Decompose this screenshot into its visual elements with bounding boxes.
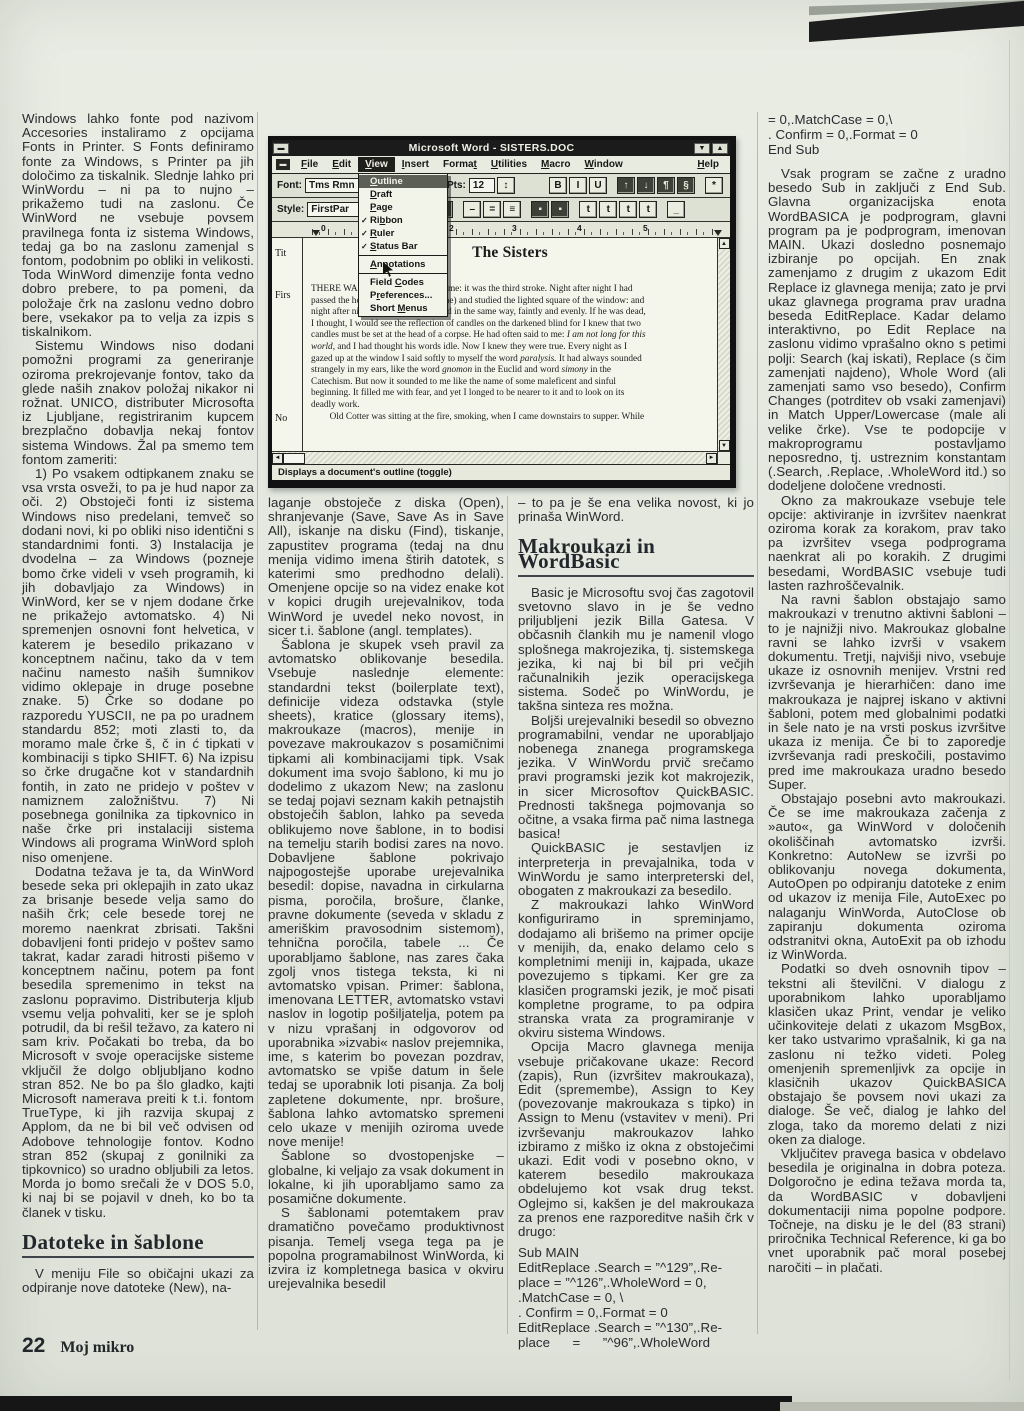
page-number: 22: [22, 1334, 45, 1358]
minimize-icon[interactable]: ▼: [694, 143, 710, 154]
magazine-page: Windows lahko fonte pod nazivom Accesori…: [0, 0, 1024, 1411]
points-combo[interactable]: 12: [469, 178, 495, 193]
document-text-italic-run: simony: [561, 365, 587, 375]
article-paragraph: S šablonami potemtakem prav dramatično p…: [268, 1206, 504, 1291]
ruler[interactable]: 012345: [272, 222, 730, 238]
single-space-button-icon[interactable]: –: [463, 201, 481, 218]
leader-button-group: _: [667, 201, 687, 218]
article-paragraph: V meniju File so običajni ukazi za odpir…: [22, 1267, 254, 1295]
indent-marker-left[interactable]: [312, 230, 320, 236]
ruler-number-5: 5: [643, 223, 648, 233]
view-menu-item-outline[interactable]: Outline: [359, 175, 447, 188]
wordbasic-code-listing: Sub MAIN EditReplace .Search = ”^129”,.R…: [518, 1245, 754, 1350]
style-name-label: No: [275, 413, 287, 424]
ribbon-row-style: Style: FirstPar ¶¶¶¶ –=≡ ▪▪ tttt _: [272, 198, 730, 222]
page-bottom-edge-light: [780, 1402, 1024, 1411]
menu-view[interactable]: View: [358, 157, 395, 172]
menu-window[interactable]: Window: [578, 157, 630, 172]
column-2-body: laganje obstoječe z diska (Open), shranj…: [268, 496, 504, 1291]
view-menu-item-status-bar[interactable]: ✓Status Bar: [359, 240, 447, 253]
superscript-button-icon[interactable]: ↑: [617, 177, 635, 194]
magazine-name: Moj mikro: [60, 1339, 134, 1357]
view-menu-item-label: Ribbon: [370, 215, 403, 226]
ruler-number-3: 3: [512, 223, 517, 233]
view-menu-item-ruler[interactable]: ✓Ruler: [359, 227, 447, 240]
column-rule-1: [257, 112, 258, 1330]
scroll-left-icon[interactable]: ◄: [272, 453, 283, 464]
article-paragraph: Na ravni šablon obstajajo samo makroukaz…: [768, 593, 1006, 792]
open-space-button-icon[interactable]: ▪: [531, 201, 549, 218]
article-paragraph: Šablone so dvostopenjske – globalne, ki …: [268, 1149, 504, 1206]
menu-edit[interactable]: Edit: [325, 157, 358, 172]
menu-help[interactable]: Help: [690, 157, 726, 172]
article-paragraph: Šablona je skupek vseh pravil za avtomat…: [268, 638, 504, 1149]
article-column-1: Windows lahko fonte pod nazivom Accesori…: [22, 112, 254, 1295]
document-workspace: TitFirsNo The Sisters THERE WAS no hope …: [272, 238, 730, 464]
column-3-body: Basic je Microsoftu svoj čas zagotovil s…: [518, 586, 754, 1239]
winword-window: ▬ Microsoft Word - SISTERS.DOC ▼ ▲ ▬ Fil…: [272, 140, 730, 480]
article-paragraph: Dodatna težava je ta, da WinWord besede …: [22, 865, 254, 1220]
page-fold-line: [1009, 40, 1010, 1380]
para-style-button-icon[interactable]: ¶: [657, 177, 675, 194]
document-control-menu-icon[interactable]: ▬: [276, 159, 290, 170]
article-paragraph: 1) Po vsakem odtipkanem znaku se vsa vrs…: [22, 467, 254, 865]
article-paragraph: Okno za makroukaze vsebuje tele opcije: …: [768, 494, 1006, 593]
status-bar: Displays a document's outline (toggle): [272, 464, 730, 480]
column-1-after-heading: V meniju File so običajni ukazi za odpir…: [22, 1267, 254, 1295]
view-menu-item-short-menus[interactable]: Short Menus: [359, 302, 447, 315]
vertical-scrollbar[interactable]: ▲ ▼: [717, 238, 730, 451]
show-marks-group: *: [705, 177, 725, 194]
format-button-group: BIU: [549, 177, 609, 194]
subscript-button-icon[interactable]: ↓: [637, 177, 655, 194]
column-rule-2: [507, 496, 508, 1334]
column-rule-3: [757, 112, 758, 1334]
ruler-number-2: 2: [449, 223, 454, 233]
article-paragraph: Boljši urejevalniki besedil so obvezno p…: [518, 714, 754, 842]
view-menu-item-ribbon[interactable]: ✓Ribbon: [359, 214, 447, 227]
menu-separator: [359, 255, 447, 256]
view-menu-item-page[interactable]: Page: [359, 201, 447, 214]
document-area: TitFirsNo The Sisters THERE WAS no hope …: [272, 238, 717, 451]
style-name-label: Firs: [275, 290, 291, 301]
article-paragraph: Vključitev pravega basica v obdelavo bes…: [768, 1147, 1006, 1275]
article-paragraph: Vsak program se začne z uradno besedo Su…: [768, 167, 1006, 494]
horizontal-scroll-thumb[interactable]: [283, 453, 305, 464]
spacing-button-group: –=≡: [463, 201, 523, 218]
bold-button-icon[interactable]: B: [549, 177, 567, 194]
style-name-label: Tit: [275, 248, 286, 259]
column-4-body: Vsak program se začne z uradno besedo Su…: [768, 167, 1006, 1275]
window-controls[interactable]: ▼ ▲: [693, 143, 729, 154]
article-paragraph: Windows lahko fonte pod nazivom Accesori…: [22, 112, 254, 339]
checkmark-icon: ✓: [361, 229, 370, 238]
column-3-lead: – to pa je še ena velika novost, ki jo p…: [518, 496, 754, 524]
view-menu-item-label: Draft: [370, 189, 392, 200]
one-half-space-button-icon[interactable]: =: [483, 201, 501, 218]
page-bottom-edge: [0, 1396, 792, 1411]
case-button-group: ↑↓¶§: [617, 177, 697, 194]
view-menu-item-label: Status Bar: [370, 241, 418, 252]
section-heading-makroukazi: Makroukazi in WordBasic: [518, 539, 754, 576]
view-menu-item-label: Short Menus: [370, 303, 428, 314]
open-space-button-group: ▪▪: [531, 201, 571, 218]
show-all-button-icon[interactable]: *: [705, 177, 723, 194]
font-combo[interactable]: Tms Rmn: [305, 178, 363, 193]
article-column-4: = 0,.MatchCase = 0,\ . Confirm = 0,.Form…: [768, 112, 1006, 1275]
article-column-3: – to pa je še ena velika novost, ki jo p…: [518, 496, 754, 1350]
checkmark-icon: ✓: [361, 216, 370, 225]
article-column-2: laganje obstoječe z diska (Open), shranj…: [268, 496, 504, 1291]
tab-button-group: tttt: [579, 201, 659, 218]
document-text-run: in the Euclid and word: [472, 365, 561, 375]
scroll-up-icon[interactable]: ▲: [719, 238, 730, 249]
view-menu-item-draft[interactable]: Draft: [359, 188, 447, 201]
leader-button-icon[interactable]: _: [667, 201, 685, 218]
title-bar[interactable]: ▬ Microsoft Word - SISTERS.DOC ▼ ▲: [272, 140, 730, 156]
menu-file[interactable]: File: [294, 157, 325, 172]
italic-button-icon[interactable]: I: [569, 177, 587, 194]
system-menu-icon[interactable]: ▬: [273, 143, 289, 154]
view-menu-item-field-codes[interactable]: Field Codes: [359, 276, 447, 289]
view-menu-item-label: Field Codes: [370, 277, 424, 288]
page-footer: 22 Moj mikro: [22, 1334, 134, 1358]
view-menu-item-label: Outline: [370, 176, 403, 187]
tab-center-button-icon[interactable]: t: [599, 201, 617, 218]
tab-left-button-icon[interactable]: t: [579, 201, 597, 218]
article-paragraph: Z makroukazi lahko WinWord konfiguriramo…: [518, 898, 754, 1040]
wordbasic-code-continuation: = 0,.MatchCase = 0,\ . Confirm = 0,.Form…: [768, 112, 1006, 157]
article-paragraph: Obstajajo posebni avto makroukazi. Če se…: [768, 792, 1006, 962]
view-dropdown-menu: OutlineDraftPage✓Ribbon✓Ruler✓Status Bar…: [358, 173, 448, 317]
section-mark-button-icon[interactable]: §: [677, 177, 695, 194]
menu-items: FileEditViewInsertFormatUtilitiesMacroWi…: [294, 157, 630, 172]
view-menu-item-label: Annotations: [370, 259, 425, 270]
menu-macro[interactable]: Macro: [534, 157, 577, 172]
tab-decimal-button-icon[interactable]: t: [639, 201, 657, 218]
menu-insert[interactable]: Insert: [395, 157, 436, 172]
article-paragraph: QuickBASIC je sestavljen iz interpreterj…: [518, 841, 754, 898]
ribbon-row-font: Font: Tms Rmn Pts: 12 ↕ BIU ↑↓¶§ *: [272, 174, 730, 198]
article-paragraph: – to pa je še ena velika novost, ki jo p…: [518, 496, 754, 524]
horizontal-scrollbar[interactable]: ◄ ►: [272, 451, 717, 464]
closed-space-button-icon[interactable]: ▪: [551, 201, 569, 218]
style-name-area: TitFirsNo: [272, 238, 303, 451]
points-spinner[interactable]: ↕: [497, 177, 515, 194]
document-text-italic-run: paralysis.: [520, 354, 556, 364]
document-text-italic-run: gnomon: [442, 365, 472, 375]
view-menu-item-label: Preferences...: [370, 290, 432, 301]
indent-marker-right[interactable]: [714, 230, 722, 236]
ruler-number-4: 4: [577, 223, 582, 233]
scroll-right-icon[interactable]: ►: [706, 453, 717, 464]
scrollbar-corner: [717, 451, 730, 464]
view-menu-item-label: Page: [370, 202, 393, 213]
points-label: Pts:: [447, 180, 466, 191]
column-1-body: Windows lahko fonte pod nazivom Accesori…: [22, 112, 254, 1220]
menu-separator: [359, 273, 447, 274]
checkmark-icon: ✓: [361, 242, 370, 251]
section-heading-datoteke: Datoteke in šablone: [22, 1235, 254, 1258]
double-space-button-icon[interactable]: ≡: [503, 201, 521, 218]
article-paragraph: Podatki so dveh osnovnih tipov – tekstni…: [768, 962, 1006, 1147]
maximize-icon[interactable]: ▲: [712, 143, 728, 154]
scroll-down-icon[interactable]: ▼: [719, 440, 730, 451]
article-paragraph: Opcija Macro glavnega menija vsebuje pri…: [518, 1040, 754, 1239]
underline-button-icon[interactable]: U: [589, 177, 607, 194]
view-menu-item-label: Ruler: [370, 228, 394, 239]
view-menu-item-preferences-[interactable]: Preferences...: [359, 289, 447, 302]
ruler-number-0: 0: [321, 223, 326, 233]
article-paragraph: laganje obstoječe z diska (Open), shranj…: [268, 496, 504, 638]
font-label: Font:: [277, 180, 302, 191]
menu-utilities[interactable]: Utilities: [484, 157, 534, 172]
window-title: Microsoft Word - SISTERS.DOC: [290, 142, 693, 154]
tab-right-button-icon[interactable]: t: [619, 201, 637, 218]
menu-format[interactable]: Format: [436, 157, 484, 172]
article-paragraph: Basic je Microsoftu svoj čas zagotovil s…: [518, 586, 754, 714]
style-label: Style:: [277, 204, 304, 215]
menu-bar: ▬ FileEditViewInsertFormatUtilitiesMacro…: [272, 156, 730, 174]
article-paragraph: Sistemu Windows niso dodani pomožni prog…: [22, 339, 254, 467]
view-menu-item-annotations[interactable]: Annotations: [359, 258, 447, 271]
winword-screenshot-frame: ▬ Microsoft Word - SISTERS.DOC ▼ ▲ ▬ Fil…: [268, 136, 736, 488]
